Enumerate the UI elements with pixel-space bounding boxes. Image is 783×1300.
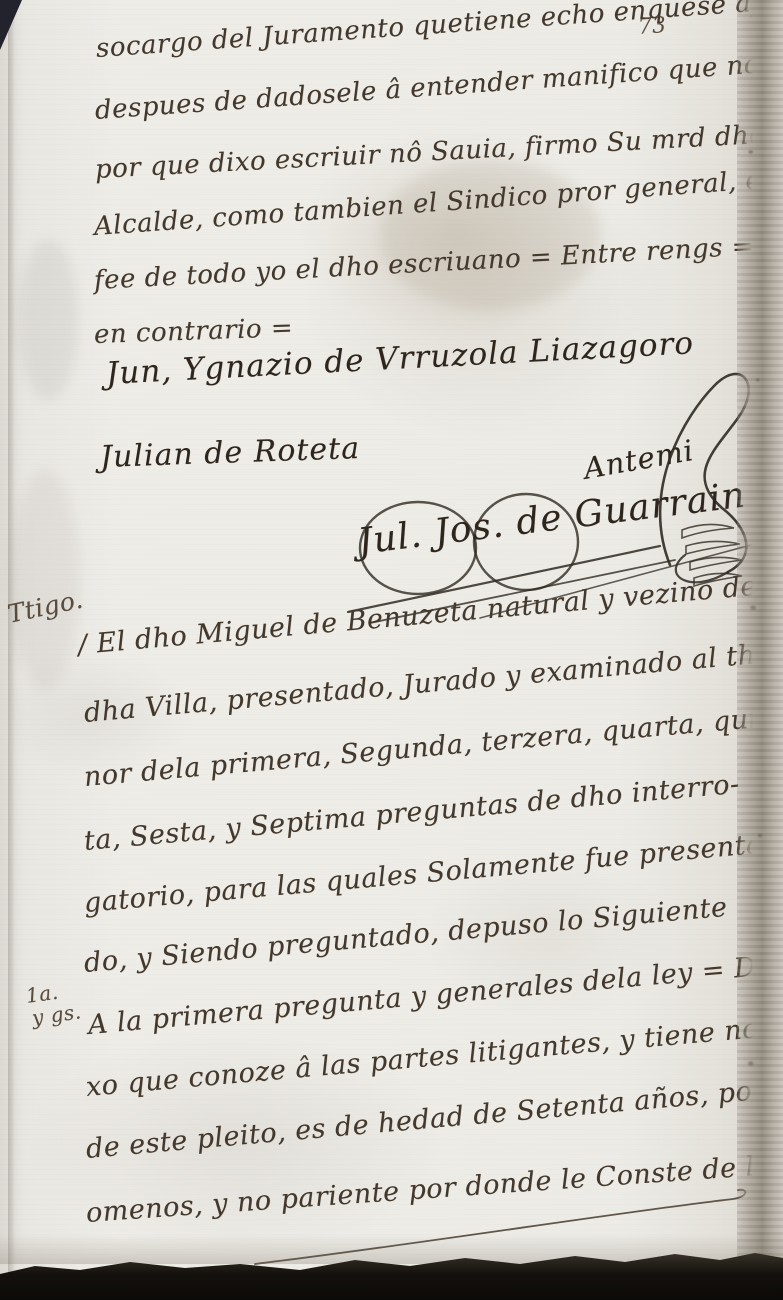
manuscript-page: 73 socargo del Juramento quetiene echo e…: [0, 0, 783, 1300]
manuscript-line: en contrario =: [93, 313, 293, 350]
ante-mi-label: Antemi: [581, 433, 696, 486]
bleedthrough-mark: [18, 240, 78, 400]
binding-crease: [8, 0, 18, 1300]
bleedthrough-mark: [10, 470, 80, 690]
signature-second-witness: Julian de Roteta: [99, 431, 360, 475]
book-page-edges: [737, 0, 783, 1266]
manuscript-line: omenos, y no pariente por donde le Const…: [85, 1149, 783, 1229]
signature-notary: Jul. Jos. de Guarrain: [356, 475, 748, 563]
